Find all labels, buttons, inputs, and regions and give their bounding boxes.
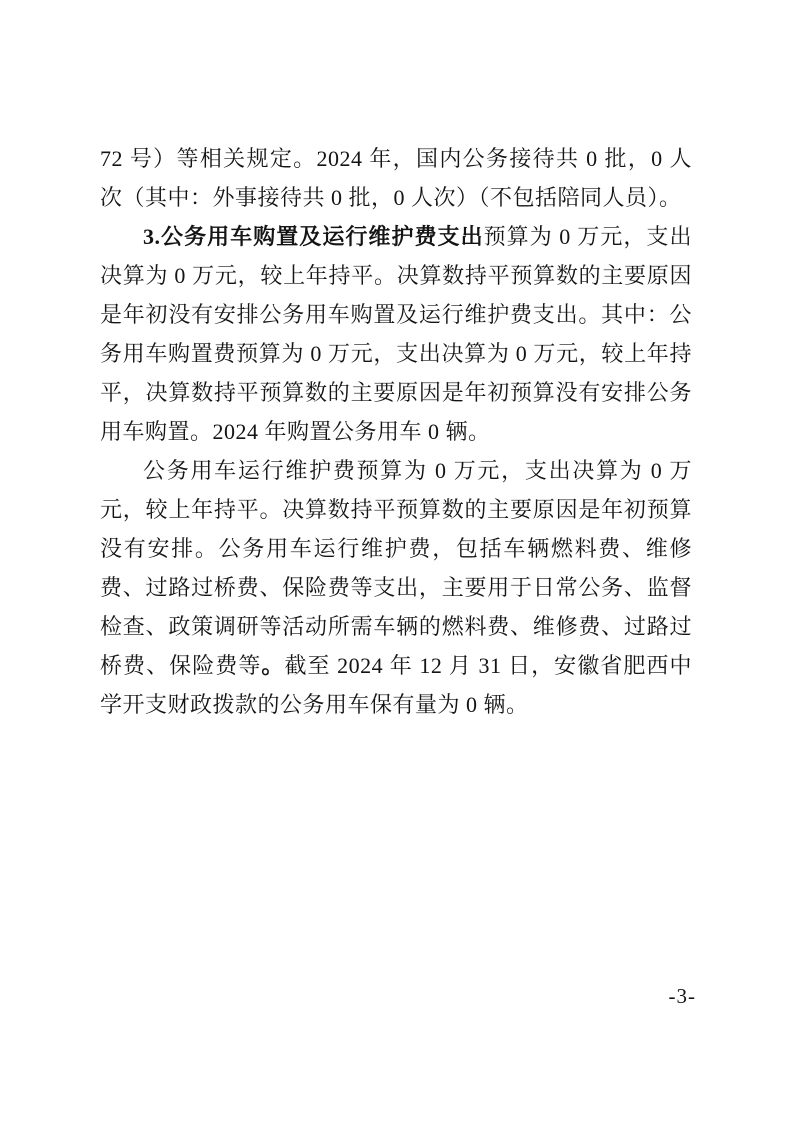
paragraph-vehicle-purchase-and-maintenance: 3.公务用车购置及运行维护费支出预算为 0 万元，支出决算为 0 万元，较上年持… bbox=[100, 217, 692, 451]
bold-text-run: 3.公务用车购置及运行维护费支出 bbox=[143, 224, 484, 249]
bold-text-run: 。 bbox=[261, 653, 284, 678]
document-page: 72 号）等相关规定。2024 年，国内公务接待共 0 批，0 人次（其中：外事… bbox=[0, 0, 793, 1122]
paragraph-vehicle-operating-maintenance: 公务用车运行维护费预算为 0 万元，支出决算为 0 万元，较上年持平。决算数持平… bbox=[100, 451, 692, 724]
text-run: 公务用车运行维护费预算为 0 万元，支出决算为 0 万元，较上年持平。决算数持平… bbox=[100, 458, 692, 678]
paragraph-official-reception: 72 号）等相关规定。2024 年，国内公务接待共 0 批，0 人次（其中：外事… bbox=[100, 139, 692, 217]
document-body: 72 号）等相关规定。2024 年，国内公务接待共 0 批，0 人次（其中：外事… bbox=[100, 139, 692, 724]
text-run: 72 号）等相关规定。2024 年，国内公务接待共 0 批，0 人次（其中：外事… bbox=[100, 146, 692, 210]
page-number: -3- bbox=[669, 983, 697, 1009]
text-run: 预算为 0 万元，支出决算为 0 万元，较上年持平。决算数持平预算数的主要原因是… bbox=[100, 224, 692, 444]
